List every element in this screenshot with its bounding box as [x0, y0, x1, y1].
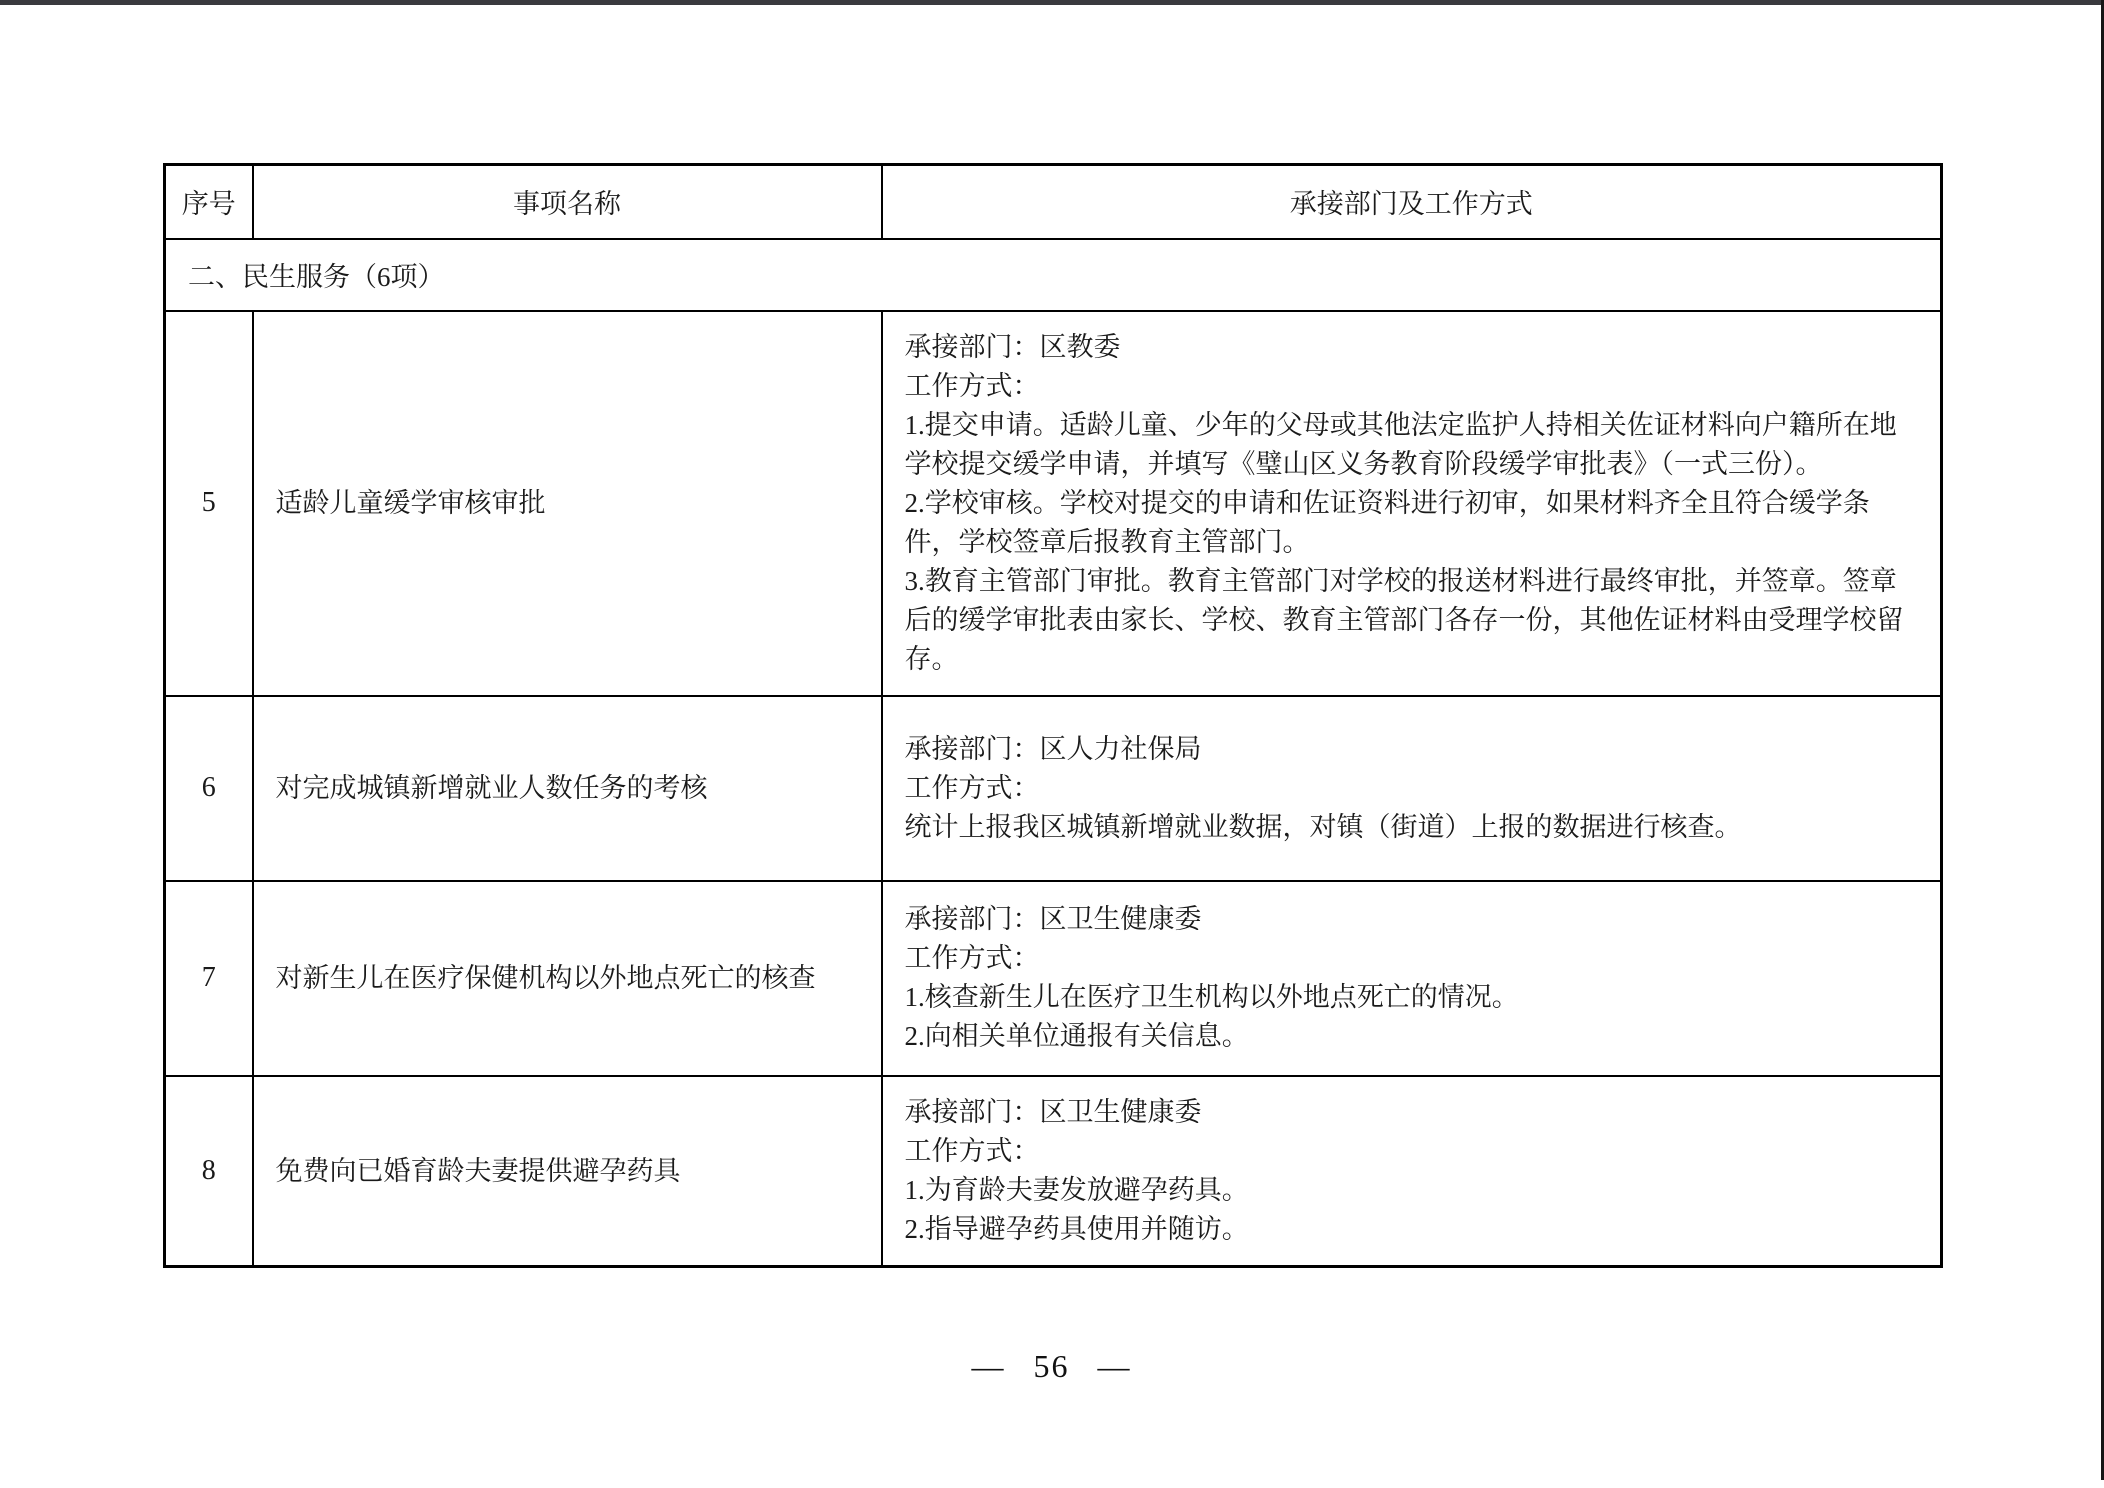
- column-header-item-name: 事项名称: [253, 165, 882, 239]
- screenshot-top-edge: [0, 0, 2104, 5]
- table-row: 6对完成城镇新增就业人数任务的考核承接部门：区人力社保局工作方式：统计上报我区城…: [165, 696, 1942, 881]
- page-number: — 56 —: [163, 1348, 1940, 1385]
- department-detail-cell: 承接部门：区教委工作方式：1.提交申请。适龄儿童、少年的父母或其他法定监护人持相…: [882, 311, 1942, 696]
- item-name-cell: 对新生儿在医疗保健机构以外地点死亡的核查: [253, 881, 882, 1076]
- department-detail-cell: 承接部门：区人力社保局工作方式：统计上报我区城镇新增就业数据，对镇（街道）上报的…: [882, 696, 1942, 881]
- detail-line: 2.学校审核。学校对提交的申请和佐证资料进行初审，如果材料齐全且符合缓学条件，学…: [905, 484, 1919, 562]
- item-name-cell: 免费向已婚育龄夫妻提供避孕药具: [253, 1076, 882, 1267]
- column-header-serial: 序号: [165, 165, 253, 239]
- serial-number-cell: 6: [165, 696, 253, 881]
- serial-number-cell: 8: [165, 1076, 253, 1267]
- detail-line: 2.向相关单位通报有关信息。: [905, 1017, 1919, 1056]
- table-row: 8免费向已婚育龄夫妻提供避孕药具承接部门：区卫生健康委工作方式：1.为育龄夫妻发…: [165, 1076, 1942, 1267]
- detail-line: 工作方式：: [905, 769, 1919, 808]
- department-detail-cell: 承接部门：区卫生健康委工作方式：1.核查新生儿在医疗卫生机构以外地点死亡的情况。…: [882, 881, 1942, 1076]
- detail-line: 承接部门：区卫生健康委: [905, 900, 1919, 939]
- column-header-department: 承接部门及工作方式: [882, 165, 1942, 239]
- detail-line: 1.提交申请。适龄儿童、少年的父母或其他法定监护人持相关佐证材料向户籍所在地学校…: [905, 406, 1919, 484]
- detail-line: 3.教育主管部门审批。教育主管部门对学校的报送材料进行最终审批，并签章。签章后的…: [905, 562, 1919, 679]
- department-detail-cell: 承接部门：区卫生健康委工作方式：1.为育龄夫妻发放避孕药具。2.指导避孕药具使用…: [882, 1076, 1942, 1267]
- table-row: 7对新生儿在医疗保健机构以外地点死亡的核查承接部门：区卫生健康委工作方式：1.核…: [165, 881, 1942, 1076]
- detail-line: 承接部门：区卫生健康委: [905, 1093, 1919, 1132]
- detail-line: 2.指导避孕药具使用并随访。: [905, 1210, 1919, 1249]
- serial-number-cell: 5: [165, 311, 253, 696]
- detail-line: 工作方式：: [905, 939, 1919, 978]
- detail-line: 统计上报我区城镇新增就业数据，对镇（街道）上报的数据进行核查。: [905, 808, 1919, 847]
- item-name-cell: 对完成城镇新增就业人数任务的考核: [253, 696, 882, 881]
- detail-line: 工作方式：: [905, 1132, 1919, 1171]
- table-header-row: 序号 事项名称 承接部门及工作方式: [165, 165, 1942, 239]
- table-body: 5适龄儿童缓学审核审批承接部门：区教委工作方式：1.提交申请。适龄儿童、少年的父…: [165, 311, 1942, 1267]
- section-title: 二、民生服务（6项）: [165, 239, 1942, 311]
- detail-line: 工作方式：: [905, 367, 1919, 406]
- detail-line: 承接部门：区教委: [905, 328, 1919, 367]
- serial-number-cell: 7: [165, 881, 253, 1076]
- detail-line: 承接部门：区人力社保局: [905, 730, 1919, 769]
- detail-line: 1.为育龄夫妻发放避孕药具。: [905, 1171, 1919, 1210]
- detail-line: 1.核查新生儿在医疗卫生机构以外地点死亡的情况。: [905, 978, 1919, 1017]
- table-row: 5适龄儿童缓学审核审批承接部门：区教委工作方式：1.提交申请。适龄儿童、少年的父…: [165, 311, 1942, 696]
- service-items-table: 序号 事项名称 承接部门及工作方式 二、民生服务（6项） 5适龄儿童缓学审核审批…: [163, 163, 1943, 1268]
- section-title-row: 二、民生服务（6项）: [165, 239, 1942, 311]
- item-name-cell: 适龄儿童缓学审核审批: [253, 311, 882, 696]
